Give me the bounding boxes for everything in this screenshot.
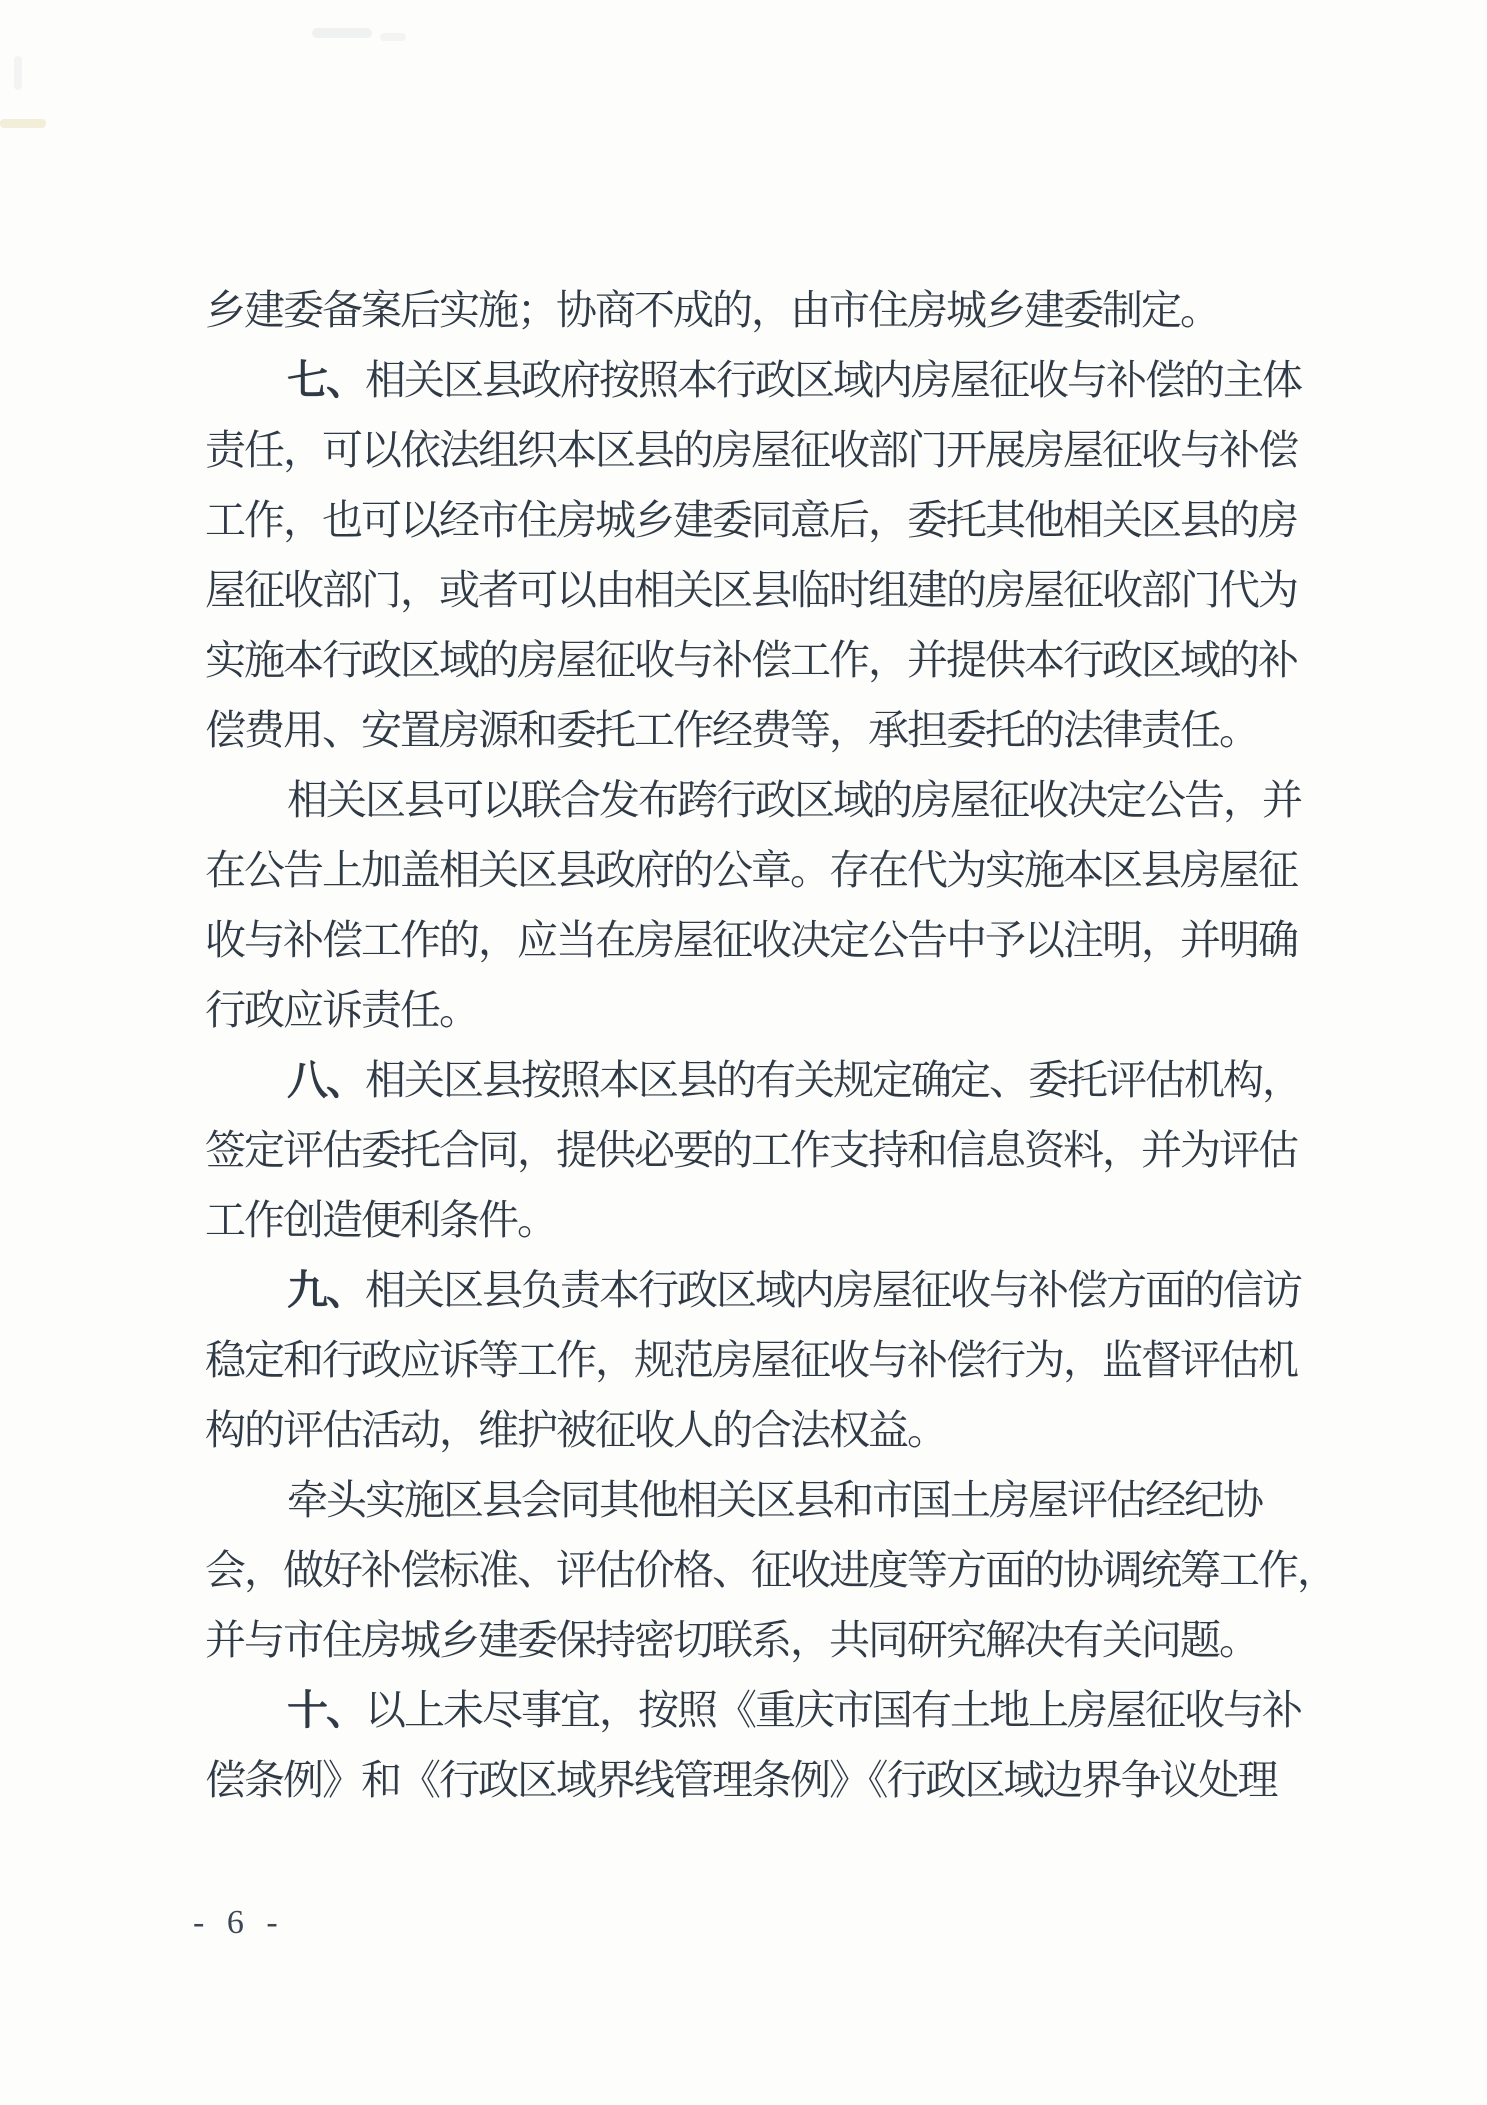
line-text: 稳定和行政应诉等工作，规范房屋征收与补偿行为，监督评估机 [205, 1337, 1297, 1383]
text-line: 偿费用、安置房源和委托工作经费等，承担委托的法律责任。 [205, 695, 1335, 765]
text-line: 在公告上加盖相关区县政府的公章。存在代为实施本区县房屋征 [205, 835, 1335, 905]
text-line: 十、以上未尽事宜，按照《重庆市国有土地上房屋征收与补 [205, 1675, 1335, 1745]
section-number: 八、 [287, 1057, 365, 1103]
text-line: 责任，可以依法组织本区县的房屋征收部门开展房屋征收与补偿 [205, 415, 1335, 485]
line-text: 屋征收部门，或者可以由相关区县临时组建的房屋征收部门代为 [205, 567, 1297, 613]
line-text: 相关区县政府按照本行政区域内房屋征收与补偿的主体 [365, 357, 1301, 403]
section-number: 十、 [287, 1687, 365, 1733]
text-line: 屋征收部门，或者可以由相关区县临时组建的房屋征收部门代为 [205, 555, 1335, 625]
text-line: 行政应诉责任。 [205, 975, 1335, 1045]
text-line: 偿条例》和《行政区域界线管理条例》《行政区域边界争议处理 [205, 1745, 1335, 1815]
section-number: 七、 [287, 357, 365, 403]
line-text: 以上未尽事宜，按照《重庆市国有土地上房屋征收与补 [365, 1687, 1301, 1733]
text-line: 签定评估委托合同，提供必要的工作支持和信息资料，并为评估 [205, 1115, 1335, 1185]
text-line: 八、相关区县按照本区县的有关规定确定、委托评估机构， [205, 1045, 1335, 1115]
line-text: 收与补偿工作的，应当在房屋征收决定公告中予以注明，并明确 [205, 917, 1297, 963]
line-text: 责任，可以依法组织本区县的房屋征收部门开展房屋征收与补偿 [205, 427, 1297, 473]
line-text: 偿条例》和《行政区域界线管理条例》《行政区域边界争议处理 [205, 1757, 1277, 1803]
line-text: 构的评估活动，维护被征收人的合法权益。 [205, 1407, 946, 1453]
text-line: 收与补偿工作的，应当在房屋征收决定公告中予以注明，并明确 [205, 905, 1335, 975]
text-line: 稳定和行政应诉等工作，规范房屋征收与补偿行为，监督评估机 [205, 1325, 1335, 1395]
scan-artifact [0, 119, 46, 128]
line-text: 工作创造便利条件。 [205, 1197, 556, 1243]
text-line: 九、相关区县负责本行政区域内房屋征收与补偿方面的信访 [205, 1255, 1335, 1325]
line-text: 会，做好补偿标准、评估价格、征收进度等方面的协调统筹工作， [205, 1547, 1336, 1593]
line-text: 工作，也可以经市住房城乡建委同意后，委托其他相关区县的房 [205, 497, 1297, 543]
scan-artifact [14, 56, 22, 90]
line-text: 在公告上加盖相关区县政府的公章。存在代为实施本区县房屋征 [205, 847, 1297, 893]
text-line: 实施本行政区域的房屋征收与补偿工作，并提供本行政区域的补 [205, 625, 1335, 695]
text-line: 构的评估活动，维护被征收人的合法权益。 [205, 1395, 1335, 1465]
line-text: 牵头实施区县会同其他相关区县和市国土房屋评估经纪协 [287, 1477, 1262, 1523]
line-text: 相关区县按照本区县的有关规定确定、委托评估机构， [365, 1057, 1301, 1103]
line-text: 签定评估委托合同，提供必要的工作支持和信息资料，并为评估 [205, 1127, 1297, 1173]
line-text: 实施本行政区域的房屋征收与补偿工作，并提供本行政区域的补 [205, 637, 1297, 683]
text-line: 牵头实施区县会同其他相关区县和市国土房屋评估经纪协 [205, 1465, 1335, 1535]
line-text: 并与市住房城乡建委保持密切联系，共同研究解决有关问题。 [205, 1617, 1258, 1663]
text-line: 会，做好补偿标准、评估价格、征收进度等方面的协调统筹工作， [205, 1535, 1335, 1605]
line-text: 乡建委备案后实施；协商不成的，由市住房城乡建委制定。 [205, 287, 1219, 333]
line-text: 相关区县负责本行政区域内房屋征收与补偿方面的信访 [365, 1267, 1301, 1313]
text-line: 乡建委备案后实施；协商不成的，由市住房城乡建委制定。 [205, 275, 1335, 345]
scan-artifact [312, 28, 372, 38]
text-line: 相关区县可以联合发布跨行政区域的房屋征收决定公告，并 [205, 765, 1335, 835]
text-line: 工作创造便利条件。 [205, 1185, 1335, 1255]
section-number: 九、 [287, 1267, 365, 1313]
scan-artifact [380, 33, 406, 41]
text-line: 并与市住房城乡建委保持密切联系，共同研究解决有关问题。 [205, 1605, 1335, 1675]
document-page: 乡建委备案后实施；协商不成的，由市住房城乡建委制定。 七、相关区县政府按照本行政… [0, 0, 1487, 2105]
text-line: 七、相关区县政府按照本行政区域内房屋征收与补偿的主体 [205, 345, 1335, 415]
document-body: 乡建委备案后实施；协商不成的，由市住房城乡建委制定。 七、相关区县政府按照本行政… [205, 275, 1335, 1815]
line-text: 相关区县可以联合发布跨行政区域的房屋征收决定公告，并 [287, 777, 1301, 823]
page-number: - 6 - [193, 1900, 285, 1946]
line-text: 偿费用、安置房源和委托工作经费等，承担委托的法律责任。 [205, 707, 1258, 753]
text-line: 工作，也可以经市住房城乡建委同意后，委托其他相关区县的房 [205, 485, 1335, 555]
line-text: 行政应诉责任。 [205, 987, 478, 1033]
